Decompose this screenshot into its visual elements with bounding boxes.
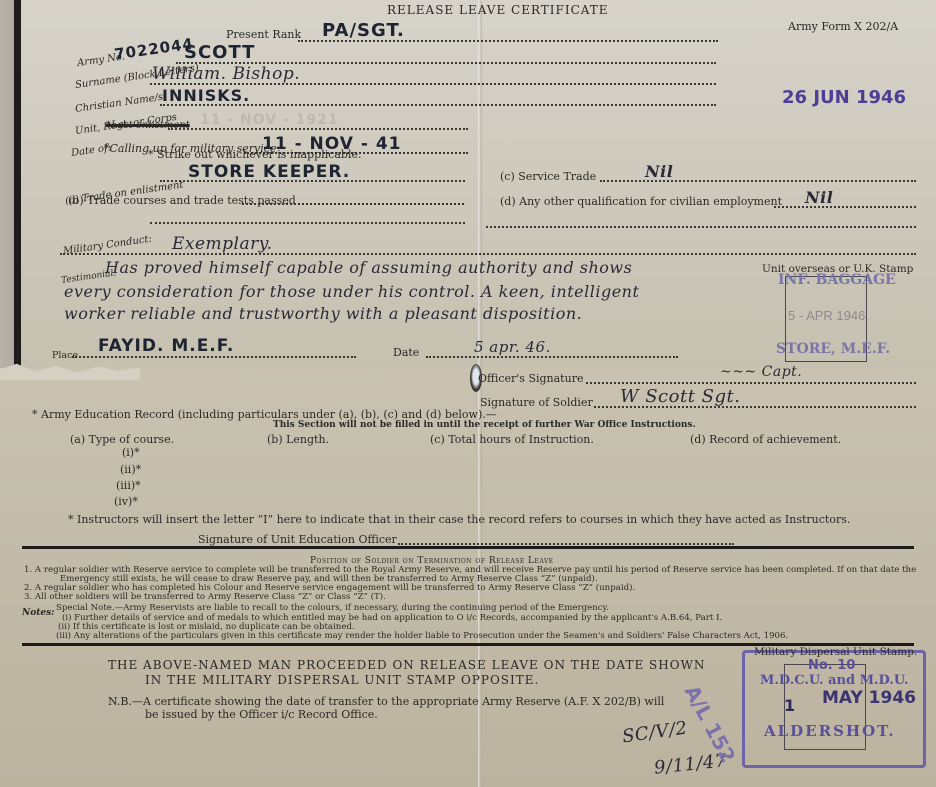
education-row-i: (i)* xyxy=(122,446,140,459)
mdu-stamp-location: ALDERSHOT. xyxy=(764,722,896,740)
education-subnote: This Section will not be filled in until… xyxy=(273,420,696,430)
testimonial-line-2: every consideration for those under his … xyxy=(64,282,639,301)
mdu-stamp-day: 1 xyxy=(784,696,795,715)
certificate-title: RELEASE LEAVE CERTIFICATE xyxy=(387,3,609,17)
date-value: 5 apr. 46. xyxy=(474,338,551,356)
last-enlistment-faded-value: 11 - NOV - 1921 xyxy=(200,112,339,128)
education-row-ii: (ii)* xyxy=(120,463,141,476)
other-qualification-label: (d) Any other qualification for civilian… xyxy=(500,195,782,208)
special-note: Special Note.—Army Reservists are liable… xyxy=(56,603,609,613)
testimonial-line-3: worker reliable and trustworthy with a p… xyxy=(64,304,582,323)
service-trade-value: Nil xyxy=(645,162,673,181)
christian-names-value: William. Bishop. xyxy=(152,64,300,84)
date-label: Date xyxy=(393,346,419,359)
education-col-length: (b) Length. xyxy=(267,433,329,446)
trade-courses-label: (b) Trade courses and trade tests passed xyxy=(68,194,296,207)
present-rank-label: Present Rank xyxy=(226,28,301,41)
officer-signature-value: ~~~ Capt. xyxy=(720,364,802,380)
proceeded-line-1: THE ABOVE-NAMED MAN PROCEEDED ON RELEASE… xyxy=(108,658,705,672)
received-date-stamp: 26 JUN 1946 xyxy=(782,87,906,108)
education-col-achievement: (d) Record of achievement. xyxy=(690,433,841,446)
paper-edge-shadow xyxy=(14,0,21,372)
place-value: FAYID. M.E.F. xyxy=(98,336,234,356)
surname-value: SCOTT xyxy=(184,42,255,63)
mdu-stamp-number: No. 10 xyxy=(808,658,855,673)
officer-signature-line xyxy=(586,382,916,384)
testimonial-line-1: Has proved himself capable of assuming a… xyxy=(105,258,632,277)
officer-signature-label: Officer's Signature xyxy=(478,372,583,385)
instructor-note: * Instructors will insert the letter “I”… xyxy=(68,513,850,526)
other-qualification-line-2 xyxy=(486,226,916,228)
service-trade-label: (c) Service Trade xyxy=(500,170,596,183)
proceeded-line-2: IN THE MILITARY DISPERSAL UNIT STAMP OPP… xyxy=(145,673,539,687)
education-row-iii: (iii)* xyxy=(116,479,141,492)
nb-line-1: N.B.—A certificate showing the date of t… xyxy=(108,695,664,708)
trade-on-enlistment-value: STORE KEEPER. xyxy=(188,162,350,182)
unit-stamp-line-1: INF. BAGGAGE xyxy=(778,272,896,288)
education-officer-label: Signature of Unit Education Officer xyxy=(198,533,397,546)
trade-courses-line-2 xyxy=(150,222,465,224)
soldier-signature-label: Signature of Soldier xyxy=(480,396,593,409)
other-qualification-line xyxy=(774,206,916,208)
present-rank-value: PA/SGT. xyxy=(322,20,405,41)
notes-label: Notes: xyxy=(22,608,55,618)
mdu-stamp-unit: M.D.C.U. and M.D.U. xyxy=(760,673,909,688)
date-of-line xyxy=(168,128,468,130)
education-col-type: (a) Type of course. xyxy=(70,433,174,446)
education-col-hours: (c) Total hours of Instruction. xyxy=(430,433,594,446)
nb-line-2: be issued by the Officer i/c Record Offi… xyxy=(145,708,378,721)
unit-stamp-date: 5 - APR 1946 xyxy=(788,308,865,323)
other-qualification-value: Nil xyxy=(805,188,833,207)
place-line xyxy=(72,356,356,358)
soldier-signature-value: W Scott Sgt. xyxy=(620,386,740,407)
education-officer-line xyxy=(398,543,734,545)
trade-courses-line xyxy=(242,203,464,205)
position-item-3: 3. All other soldiers will be transferre… xyxy=(24,592,386,602)
date-line xyxy=(426,356,678,358)
strike-out-note: * Strike out whichever is inapplicable. xyxy=(148,148,362,161)
military-conduct-value: Exemplary. xyxy=(172,234,273,254)
education-row-iv: (iv)* xyxy=(114,495,138,508)
section-divider-top xyxy=(22,546,914,549)
mdu-stamp-date: MAY 1946 xyxy=(822,688,916,708)
unit-value: INNISKS. xyxy=(162,86,250,105)
form-number: Army Form X 202/A xyxy=(788,20,898,33)
mdu-stamp-caption: Military Dispersal Unit Stamp. xyxy=(754,646,917,658)
note-iii: (iii) Any alterations of the particulars… xyxy=(56,631,788,641)
unit-stamp-line-3: STORE, M.E.F. xyxy=(776,341,890,357)
